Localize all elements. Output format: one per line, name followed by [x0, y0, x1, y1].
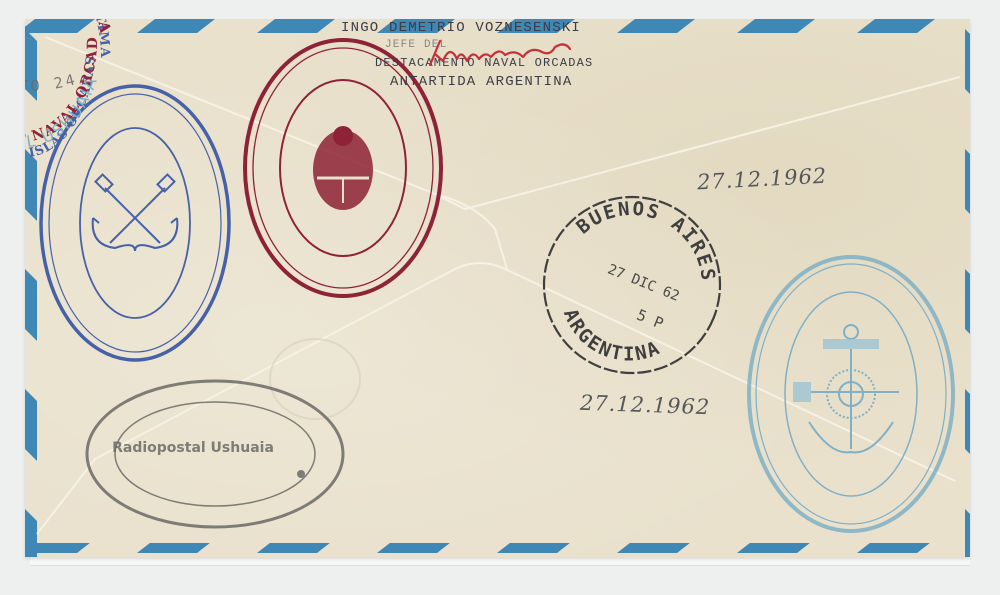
handwritten-date-lower: 27.12.1962 — [580, 391, 711, 420]
radiopostal-bottom-text: DISTRITO 24.° — [25, 62, 103, 95]
svg-text:DISTRITO 24.°: DISTRITO 24.° — [25, 62, 103, 95]
radiopostal-center-text: Radiopostal Ushuaia — [112, 440, 274, 456]
envelope-edge-shadow — [30, 557, 970, 566]
radiopostal-stamp: CORREOS Y TELECOMUNICACIONES Radiopostal… — [25, 19, 970, 557]
envelope-back: PREFECTURA NACIONAL MARITIMA DESTACAMENT… — [25, 19, 970, 557]
